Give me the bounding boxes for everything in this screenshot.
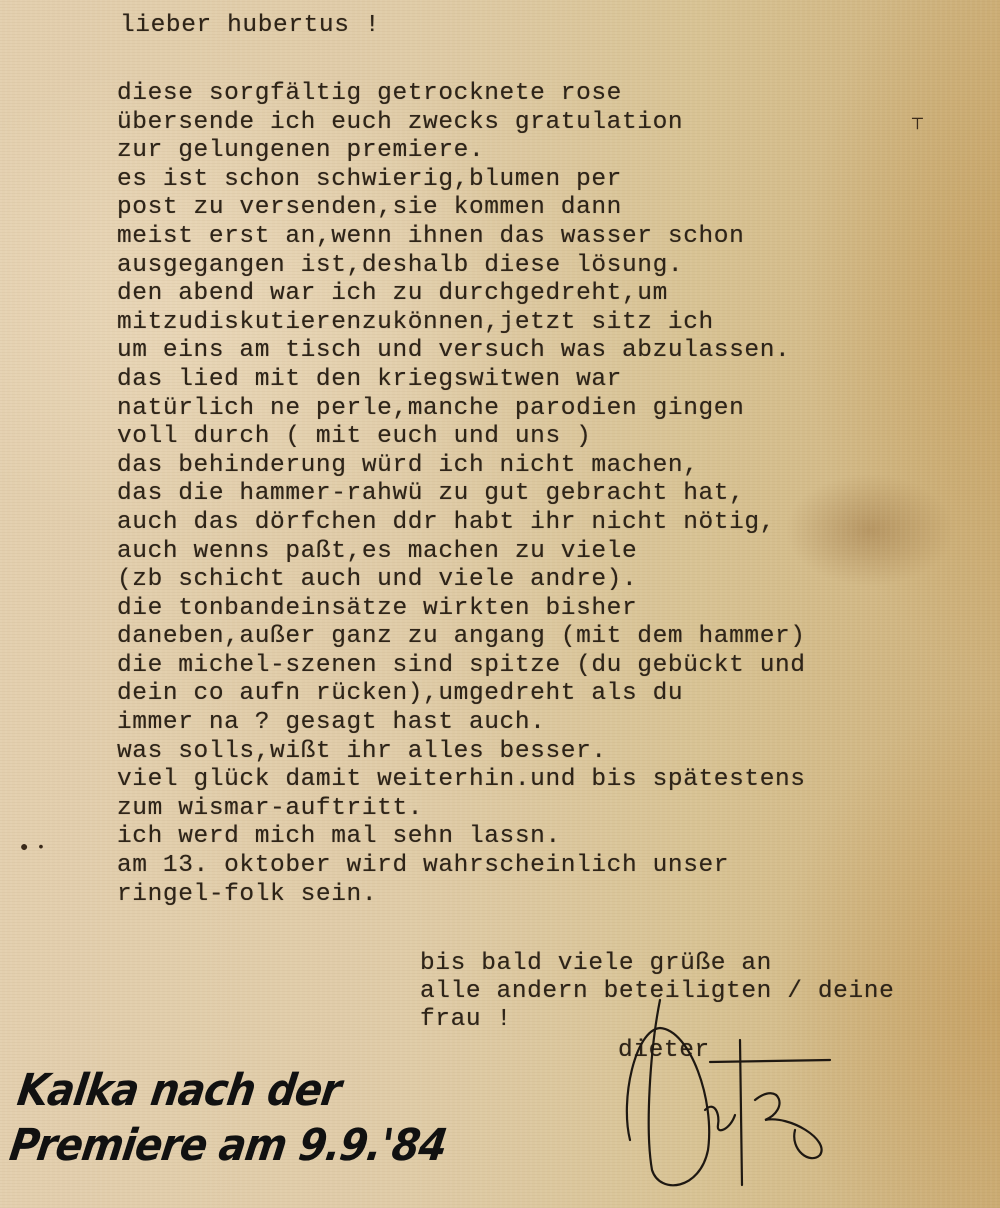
letter-line: auch wenns paßt,es machen zu viele bbox=[117, 538, 806, 567]
letter-line: post zu versenden,sie kommen dann bbox=[117, 194, 806, 223]
letter-line: dein co aufn rücken),umgedreht als du bbox=[117, 680, 806, 709]
letter-line: ringel-folk sein. bbox=[117, 881, 806, 910]
salutation: lieber hubertus ! bbox=[120, 12, 380, 39]
letter-line: immer na ? gesagt hast auch. bbox=[117, 709, 806, 738]
letter-line: was solls,wißt ihr alles besser. bbox=[117, 738, 806, 767]
handwritten-line: Premiere am 9.9.'84 bbox=[6, 1118, 450, 1173]
letter-line: die michel-szenen sind spitze (du gebück… bbox=[117, 652, 806, 681]
letter-line: viel glück damit weiterhin.und bis späte… bbox=[117, 766, 806, 795]
letter-line: ich werd mich mal sehn lassn. bbox=[117, 823, 806, 852]
letter-line: natürlich ne perle,manche parodien ginge… bbox=[117, 395, 806, 424]
letter-line: am 13. oktober wird wahrscheinlich unser bbox=[117, 852, 806, 881]
letter-line: daneben,außer ganz zu angang (mit dem ha… bbox=[117, 623, 806, 652]
letter-line: das die hammer-rahwü zu gut gebracht hat… bbox=[117, 480, 806, 509]
letter-line: meist erst an,wenn ihnen das wasser scho… bbox=[117, 223, 806, 252]
letter-line: voll durch ( mit euch und uns ) bbox=[117, 423, 806, 452]
letter-line: zur gelungenen premiere. bbox=[117, 137, 806, 166]
signature-icon bbox=[590, 990, 890, 1200]
letter-line: es ist schon schwierig,blumen per bbox=[117, 166, 806, 195]
handwritten-note: Kalka nach derPremiere am 9.9.'84 bbox=[6, 1063, 457, 1173]
letter-line: zum wismar-auftritt. bbox=[117, 795, 806, 824]
closing-line: bis bald viele grüße an bbox=[420, 950, 894, 978]
letter-body: diese sorgfältig getrocknete roseübersen… bbox=[117, 80, 806, 909]
letter-line: auch das dörfchen ddr habt ihr nicht nöt… bbox=[117, 509, 806, 538]
letter-line: diese sorgfältig getrocknete rose bbox=[117, 80, 806, 109]
letter-line: ausgegangen ist,deshalb diese lösung. bbox=[117, 252, 806, 281]
letter-line: um eins am tisch und versuch was abzulas… bbox=[117, 337, 806, 366]
letter-line: das behinderung würd ich nicht machen, bbox=[117, 452, 806, 481]
letter-line: das lied mit den kriegswitwen war bbox=[117, 366, 806, 395]
letter-line: (zb schicht auch und viele andre). bbox=[117, 566, 806, 595]
stray-mark: ┬ bbox=[912, 110, 923, 130]
letter-line: die tonbandeinsätze wirkten bisher bbox=[117, 595, 806, 624]
letter-line: den abend war ich zu durchgedreht,um bbox=[117, 280, 806, 309]
letter-line: mitzudiskutierenzukönnen,jetzt sitz ich bbox=[117, 309, 806, 338]
letter-line: übersende ich euch zwecks gratulation bbox=[117, 109, 806, 138]
handwritten-line: Kalka nach der bbox=[14, 1063, 458, 1118]
stray-mark: ● • bbox=[20, 840, 45, 856]
